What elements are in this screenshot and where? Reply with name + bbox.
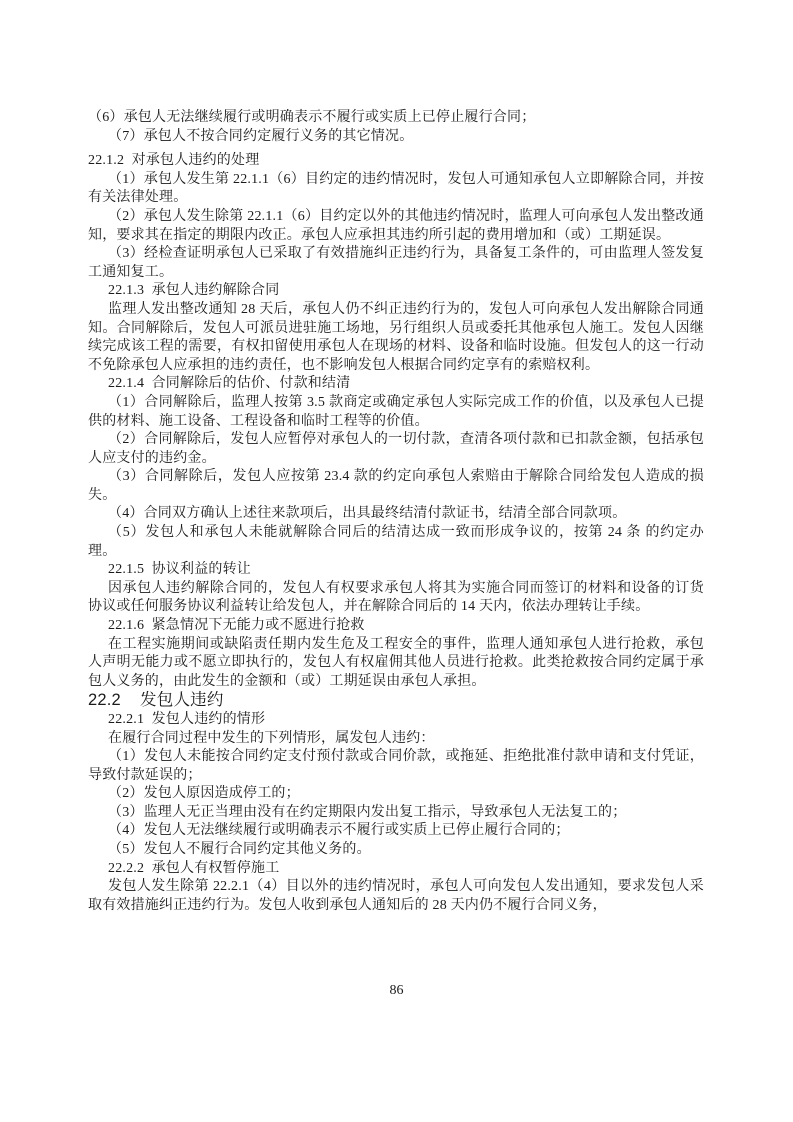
clause-item-22-2-1-4: （4）发包人无法继续履行或明确表示不履行或实质上已停止履行合同的； bbox=[88, 822, 704, 841]
clause-para-22-1-5: 因承包人违约解除合同的，发包人有权要求承包人将其为实施合同而签订的材料和设备的订… bbox=[88, 580, 704, 617]
heading-22-1-4: 22.1.4 合同解除后的估价、付款和结清 bbox=[88, 375, 704, 394]
clause-para-22-1-6: 在工程实施期间或缺陷责任期内发生危及工程安全的事件，监理人通知承包人进行抢救，承… bbox=[88, 636, 704, 692]
clause-item-22-2-1-1: （1）发包人未能按合同约定支付预付款或合同价款，或拖延、拒绝批准付款申请和支付凭… bbox=[88, 748, 704, 785]
heading-22-1-3: 22.1.3 承包人违约解除合同 bbox=[88, 282, 704, 301]
clause-item-22-2-1-3: （3）监理人无正当理由没有在约定期限内发出复工指示，导致承包人无法复工的； bbox=[88, 804, 704, 823]
clause-item-22-1-4-4: （4）合同双方确认上述往来款项后，出具最终结清付款证书，结清全部合同款项。 bbox=[88, 505, 704, 524]
clause-item-22-1-1-6: （6）承包人无法继续履行或明确表示不履行或实质上已停止履行合同； bbox=[88, 109, 704, 128]
heading-22-1-6: 22.1.6 紧急情况下无能力或不愿进行抢救 bbox=[88, 617, 704, 636]
document-page: （6）承包人无法继续履行或明确表示不履行或实质上已停止履行合同； （7）承包人不… bbox=[0, 0, 793, 1122]
clause-item-22-1-2-3: （3）经检查证明承包人已采取了有效措施纠正违约行为，具备复工条件的，可由监理人签… bbox=[88, 245, 704, 282]
page-content: （6）承包人无法继续履行或明确表示不履行或实质上已停止履行合同； （7）承包人不… bbox=[88, 109, 704, 915]
clause-para-22-2-1: 在履行合同过程中发生的下列情形，属发包人违约： bbox=[88, 730, 704, 749]
heading-22-1-5: 22.1.5 协议利益的转让 bbox=[88, 561, 704, 580]
page-number: 86 bbox=[0, 983, 793, 999]
clause-para-22-1-3: 监理人发出整改通知 28 天后，承包人仍不纠正违约行为的，发包人可向承包人发出解… bbox=[88, 301, 704, 375]
clause-item-22-1-4-1: （1）合同解除后，监理人按第 3.5 款商定或确定承包人实际完成工作的价值，以及… bbox=[88, 394, 704, 431]
clause-item-22-1-4-5: （5）发包人和承包人未能就解除合同后的结清达成一致而形成争议的，按第 24 条 … bbox=[88, 524, 704, 561]
heading-22-2-1: 22.2.1 发包人违约的情形 bbox=[88, 711, 704, 730]
clause-item-22-2-1-2: （2）发包人原因造成停工的； bbox=[88, 785, 704, 804]
heading-22-1-2: 22.1.2 对承包人违约的处理 bbox=[88, 152, 704, 171]
clause-item-22-1-2-1: （1）承包人发生第 22.1.1（6）目约定的违约情况时，发包人可通知承包人立即… bbox=[88, 171, 704, 208]
clause-item-22-1-2-2: （2）承包人发生除第 22.1.1（6）目约定以外的其他违约情况时，监理人可向承… bbox=[88, 208, 704, 245]
clause-item-22-1-4-3: （3）合同解除后，发包人应按第 23.4 款的约定向承包人索赔由于解除合同给发包… bbox=[88, 468, 704, 505]
clause-item-22-1-4-2: （2）合同解除后，发包人应暂停对承包人的一切付款，查清各项付款和已扣款金额，包括… bbox=[88, 431, 704, 468]
clause-item-22-1-1-7: （7）承包人不按合同约定履行义务的其它情况。 bbox=[88, 128, 704, 147]
clause-para-22-2-2: 发包人发生除第 22.2.1（4）目以外的违约情况时，承包人可向发包人发出通知，… bbox=[88, 878, 704, 915]
heading-22-2-2: 22.2.2 承包人有权暂停施工 bbox=[88, 860, 704, 879]
heading-22-2: 22.2 发包人违约 bbox=[88, 691, 704, 711]
clause-item-22-2-1-5: （5）发包人不履行合同约定其他义务的。 bbox=[88, 841, 704, 860]
